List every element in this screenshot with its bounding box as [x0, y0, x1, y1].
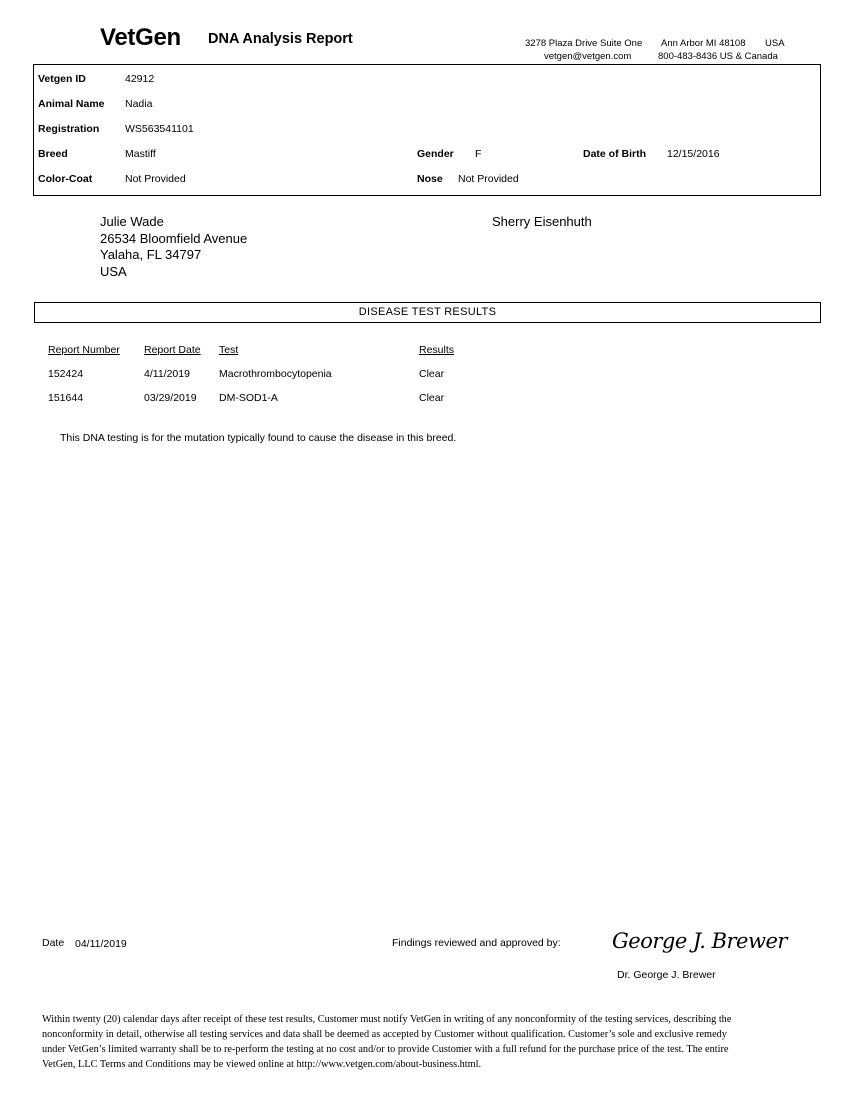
gender-value: F [475, 148, 481, 160]
report-title: DNA Analysis Report [208, 31, 353, 47]
signature: George J. Brewer [612, 929, 787, 953]
nose-value: Not Provided [458, 173, 519, 185]
company-city: Ann Arbor MI 48108 [661, 38, 746, 49]
co-owner-name: Sherry Eisenhuth [492, 214, 592, 231]
report-date-cell: 03/29/2019 [144, 392, 197, 404]
breed-label: Breed [38, 148, 68, 160]
test-cell: Macrothrombocytopenia [219, 368, 332, 380]
vetgen-id-label: Vetgen ID [38, 73, 86, 85]
owner-city: Yalaha, FL 34797 [100, 247, 247, 264]
gender-label: Gender [417, 148, 454, 160]
approval-label: Findings reviewed and approved by: [392, 937, 561, 949]
owner-name: Julie Wade [100, 214, 247, 231]
report-date-cell: 4/11/2019 [144, 368, 190, 380]
owner-address: Julie Wade 26534 Bloomfield Avenue Yalah… [100, 214, 247, 280]
color-coat-value: Not Provided [125, 173, 186, 185]
column-test: Test [219, 344, 238, 356]
vetgen-id-value: 42912 [125, 73, 154, 85]
legal-disclaimer: Within twenty (20) calendar days after r… [42, 1012, 742, 1072]
result-cell: Clear [419, 392, 444, 404]
dob-label: Date of Birth [583, 148, 646, 160]
test-cell: DM-SOD1-A [219, 392, 278, 404]
registration-label: Registration [38, 123, 99, 135]
column-results: Results [419, 344, 454, 356]
animal-name-label: Animal Name [38, 98, 105, 110]
column-report-date: Report Date [144, 344, 201, 356]
registration-value: WS563541101 [125, 123, 194, 135]
date-value: 04/11/2019 [75, 938, 127, 950]
column-report-number: Report Number [48, 344, 120, 356]
breed-value: Mastiff [125, 148, 156, 160]
testing-note: This DNA testing is for the mutation typ… [60, 432, 456, 444]
color-coat-label: Color-Coat [38, 173, 92, 185]
date-label: Date [42, 937, 64, 949]
report-number-cell: 151644 [48, 392, 83, 404]
result-cell: Clear [419, 368, 444, 380]
owner-country: USA [100, 264, 247, 281]
signer-name: Dr. George J. Brewer [617, 969, 716, 981]
report-number-cell: 152424 [48, 368, 83, 380]
company-email: vetgen@vetgen.com [544, 51, 631, 62]
owner-street: 26534 Bloomfield Avenue [100, 231, 247, 248]
animal-name-value: Nadia [125, 98, 152, 110]
disease-test-results-header: DISEASE TEST RESULTS [34, 302, 821, 323]
dob-value: 12/15/2016 [667, 148, 720, 160]
brand-logo: VetGen [100, 24, 181, 52]
nose-label: Nose [417, 173, 443, 185]
company-phone: 800-483-8436 US & Canada [658, 51, 778, 62]
company-country: USA [765, 38, 785, 49]
company-street: 3278 Plaza Drive Suite One [525, 38, 642, 49]
